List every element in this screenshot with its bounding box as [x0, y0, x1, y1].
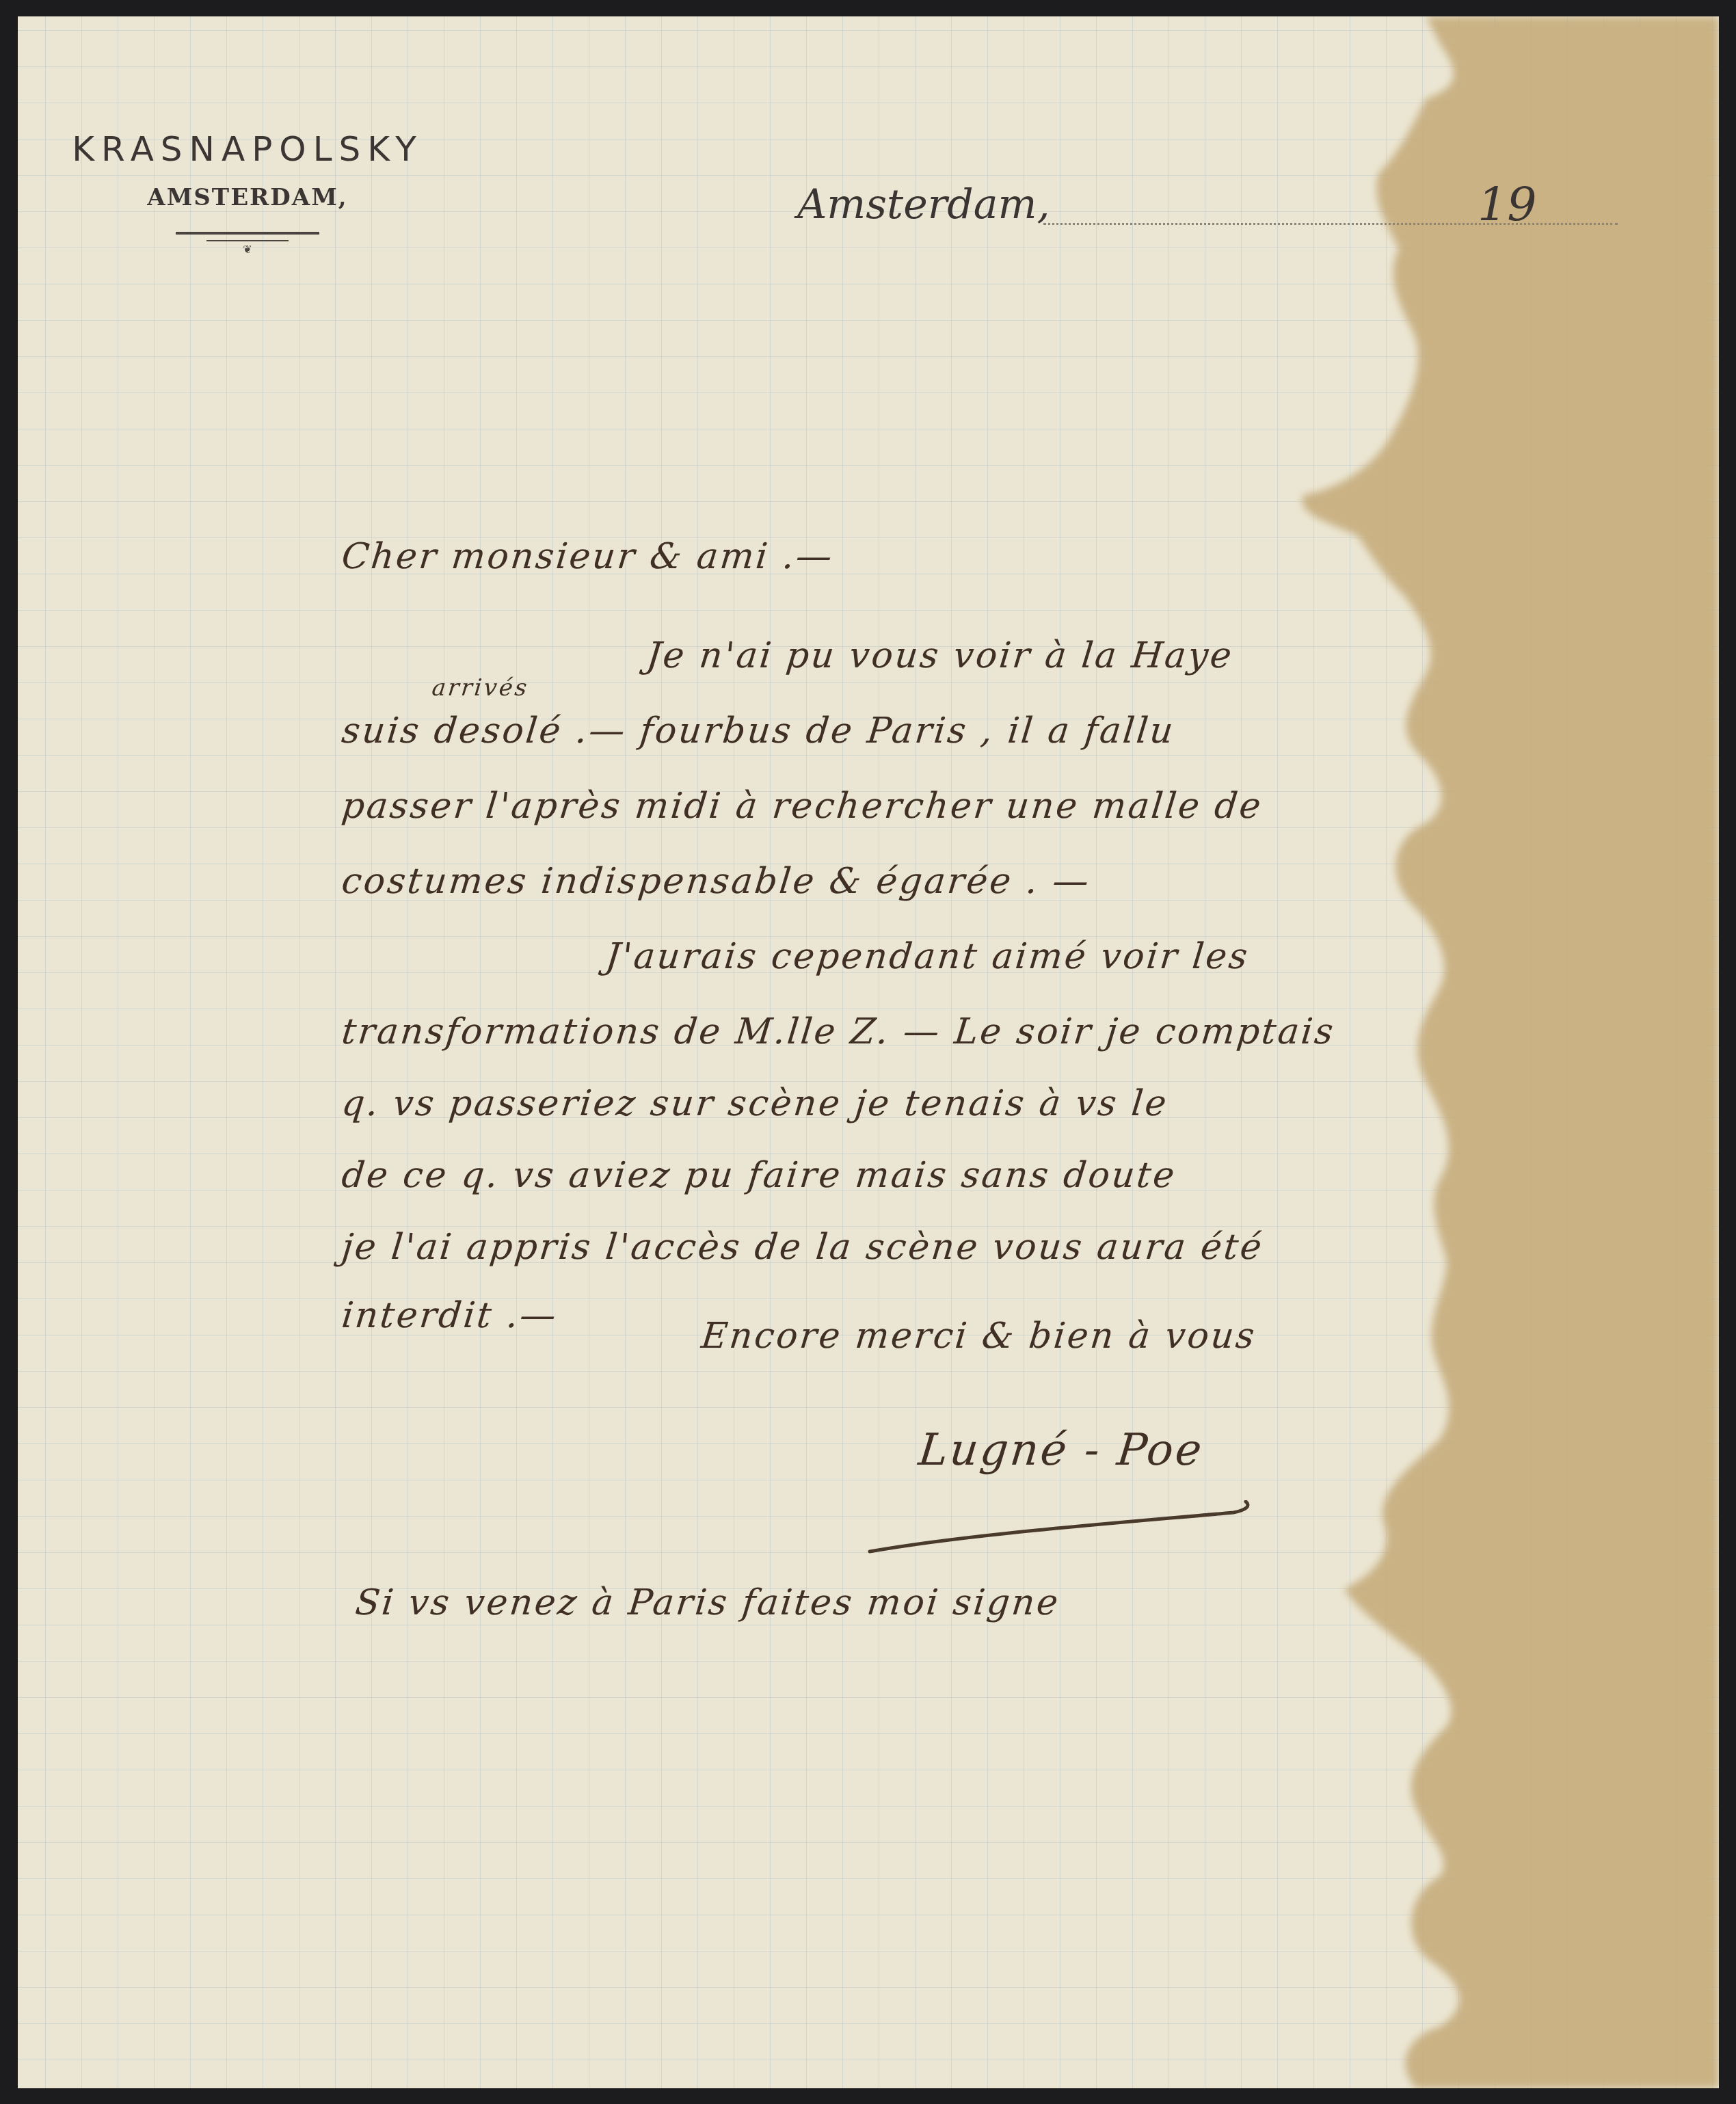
letter-line: costumes indispensable & égarée . —	[340, 861, 1093, 902]
letter-line: suis desolé .— fourbus de Paris , il a f…	[340, 710, 1177, 751]
letterhead-rule	[176, 232, 319, 235]
letter-line: Je n'ai pu vous voir à la Haye	[645, 635, 1236, 676]
closing-line: Encore merci & bien à vous	[699, 1316, 1258, 1357]
dateline: Amsterdam, 19	[797, 181, 1590, 235]
interlinear-insertion: arrivés	[431, 674, 531, 702]
postscript: Si vs venez à Paris faites moi signe	[353, 1582, 1062, 1623]
letterhead-city: AMSTERDAM,	[70, 184, 425, 211]
letter-line: interdit .—	[340, 1295, 560, 1336]
dateline-year: 19	[1478, 178, 1537, 232]
ornament-icon: ❦	[70, 243, 425, 256]
letter-line: q. vs passeriez sur scène je tenais à vs…	[340, 1083, 1171, 1124]
dateline-place: Amsterdam,	[797, 181, 1050, 228]
letterhead-brand: KRASNAPOLSKY	[70, 129, 425, 169]
signature-underline	[864, 1500, 1254, 1555]
letter-sheet: KRASNAPOLSKY AMSTERDAM, ❦ Amsterdam, 19 …	[18, 16, 1719, 2088]
letter-line: je l'ai appris l'accès de la scène vous …	[340, 1227, 1266, 1268]
water-stain	[18, 16, 1719, 2088]
signature: Lugné - Poe	[916, 1425, 1206, 1476]
letterhead: KRASNAPOLSKY AMSTERDAM, ❦	[70, 129, 425, 256]
letter-line: transformations de M.lle Z. — Le soir je…	[340, 1011, 1337, 1052]
letter-line: passer l'après midi à rechercher une mal…	[340, 786, 1265, 827]
letter-line: J'aurais cependant aimé voir les	[604, 936, 1251, 977]
letterhead-rule-thin	[206, 240, 289, 241]
salutation: Cher monsieur & ami .—	[340, 536, 836, 577]
letter-line: de ce q. vs aviez pu faire mais sans dou…	[340, 1155, 1179, 1196]
